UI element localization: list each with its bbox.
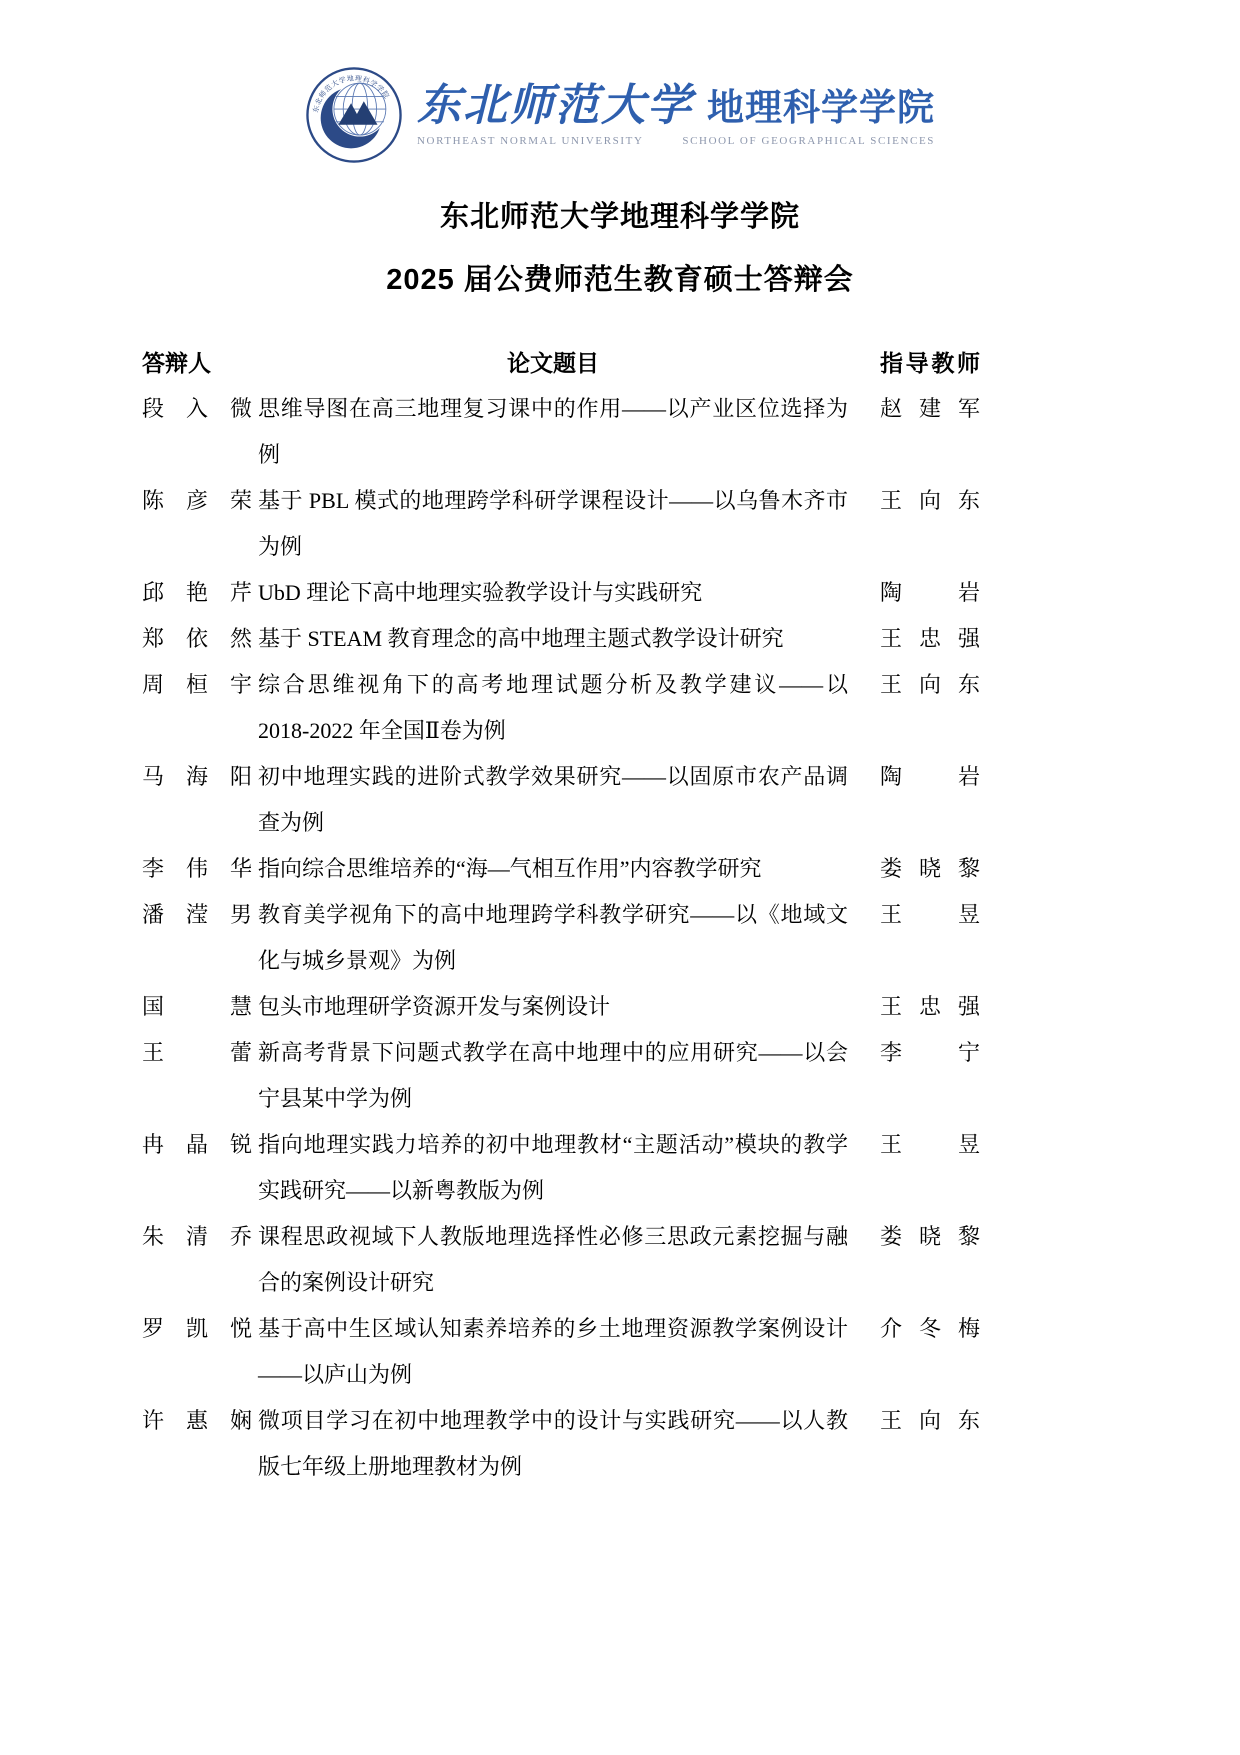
advisor-name: 陶 岩	[880, 570, 980, 616]
school-name-cn: 地理科学学院	[707, 89, 935, 126]
thesis-title: 教育美学视角下的高中地理跨学科教学研究—⁠—以《地域文化与城乡景观》为例	[258, 892, 848, 984]
table-row: 王 蕾 新高考背景下问题式教学在高中地理中的应用研究—⁠—以会宁县某中学为例 李…	[142, 1030, 1240, 1122]
advisor-name: 王 向 东	[880, 1398, 980, 1444]
advisor-name: 王 昱	[880, 892, 980, 938]
table-row: 朱 清 乔 课程思政视域下人教版地理选择性必修三思政元素挖掘与融合的案例设计研究…	[142, 1214, 1240, 1306]
letterhead: 东北师范大学地理科学学院 东北师范大学 地理科学学院 NORTHEAST NOR…	[0, 0, 1240, 164]
defender-name: 邱 艳 芹	[142, 570, 252, 616]
table-row: 潘 滢 男 教育美学视角下的高中地理跨学科教学研究—⁠—以《地域文化与城乡景观》…	[142, 892, 1240, 984]
defender-name: 周 桓 宇	[142, 662, 252, 708]
thesis-title: 基于 PBL 模式的地理跨学科研学课程设计—⁠—以乌鲁木齐市为例	[258, 478, 848, 570]
thesis-title: 指向地理实践力培养的初中地理教材“主题活动”模块的教学实践研究—⁠—以新粤教版为…	[258, 1122, 848, 1214]
defender-name: 王 蕾	[142, 1030, 252, 1076]
school-name-en: SCHOOL OF GEOGRAPHICAL SCIENCES	[682, 135, 935, 147]
thesis-title: 微项目学习在初中地理教学中的设计与实践研究—⁠—以人教版七年级上册地理教材为例	[258, 1398, 848, 1490]
table-row: 冉 晶 锐 指向地理实践力培养的初中地理教材“主题活动”模块的教学实践研究—⁠—…	[142, 1122, 1240, 1214]
thesis-title: 指向综合思维培养的“海—气相互作用”内容教学研究	[258, 846, 848, 892]
thesis-title: 基于 STEAM 教育理念的高中地理主题式教学设计研究	[258, 616, 848, 662]
defender-name: 朱 清 乔	[142, 1214, 252, 1260]
table-row: 马 海 阳 初中地理实践的进阶式教学效果研究—⁠—以固原市农产品调查为例 陶 岩	[142, 754, 1240, 846]
table-row: 罗 凯 悦 基于高中生区域认知素养培养的乡土地理资源教学案例设计—⁠—以庐山为例…	[142, 1306, 1240, 1398]
page-title: 东北师范大学地理科学学院	[0, 194, 1240, 235]
advisor-name: 王 向 东	[880, 662, 980, 708]
table-row: 许 惠 娴 微项目学习在初中地理教学中的设计与实践研究—⁠—以人教版七年级上册地…	[142, 1398, 1240, 1490]
thesis-title: 思维导图在高三地理复习课中的作用—⁠—以产业区位选择为例	[258, 386, 848, 478]
university-name-cn: 东北师范大学	[417, 84, 693, 128]
advisor-name: 王 昱	[880, 1122, 980, 1168]
letterhead-text: 东北师范大学 地理科学学院 NORTHEAST NORMAL UNIVERSIT…	[417, 84, 935, 147]
header-advisor: 指导教师	[880, 340, 980, 386]
thesis-title: 基于高中生区域认知素养培养的乡土地理资源教学案例设计—⁠—以庐山为例	[258, 1306, 848, 1398]
defender-name: 国 慧	[142, 984, 252, 1030]
advisor-name: 赵 建 军	[880, 386, 980, 432]
defender-name: 罗 凯 悦	[142, 1306, 252, 1352]
advisor-name: 陶 岩	[880, 754, 980, 800]
thesis-title: 综合思维视角下的高考地理试题分析及教学建议—⁠—以 2018‑2022 年全国Ⅱ…	[258, 662, 848, 754]
letterhead-cn: 东北师范大学 地理科学学院	[417, 84, 935, 128]
university-name-en: NORTHEAST NORMAL UNIVERSITY	[417, 135, 643, 147]
thesis-title: 课程思政视域下人教版地理选择性必修三思政元素挖掘与融合的案例设计研究	[258, 1214, 848, 1306]
table-row: 国 慧 包头市地理研学资源开发与案例设计 王 忠 强	[142, 984, 1240, 1030]
advisor-name: 王 向 东	[880, 478, 980, 524]
header-thesis-title: 论文题目	[258, 340, 848, 386]
defender-name: 陈 彦 荣	[142, 478, 252, 524]
advisor-name: 介 冬 梅	[880, 1306, 980, 1352]
table-row: 陈 彦 荣 基于 PBL 模式的地理跨学科研学课程设计—⁠—以乌鲁木齐市为例 王…	[142, 478, 1240, 570]
advisor-name: 娄 晓 黎	[880, 1214, 980, 1260]
table-row: 周 桓 宇 综合思维视角下的高考地理试题分析及教学建议—⁠—以 2018‑202…	[142, 662, 1240, 754]
university-seal-icon: 东北师范大学地理科学学院	[305, 66, 403, 164]
document-page: 东北师范大学地理科学学院 东北师范大学 地理科学学院 NORTHEAST NOR…	[0, 0, 1240, 1755]
advisor-name: 娄 晓 黎	[880, 846, 980, 892]
defender-name: 马 海 阳	[142, 754, 252, 800]
defender-name: 郑 依 然	[142, 616, 252, 662]
table-row: 李 伟 华 指向综合思维培养的“海—气相互作用”内容教学研究 娄 晓 黎	[142, 846, 1240, 892]
thesis-title: 新高考背景下问题式教学在高中地理中的应用研究—⁠—以会宁县某中学为例	[258, 1030, 848, 1122]
table-row: 邱 艳 芹 UbD 理论下高中地理实验教学设计与实践研究 陶 岩	[142, 570, 1240, 616]
advisor-name: 王 忠 强	[880, 616, 980, 662]
defense-table: 答辩人 论文题目 指导教师 段 入 微 思维导图在高三地理复习课中的作用—⁠—以…	[0, 340, 1240, 1490]
defender-name: 段 入 微	[142, 386, 252, 432]
thesis-title: 初中地理实践的进阶式教学效果研究—⁠—以固原市农产品调查为例	[258, 754, 848, 846]
defender-name: 李 伟 华	[142, 846, 252, 892]
defender-name: 许 惠 娴	[142, 1398, 252, 1444]
defender-name: 冉 晶 锐	[142, 1122, 252, 1168]
page-subtitle: 2025 届公费师范生教育硕士答辩会	[0, 257, 1240, 298]
table-row: 郑 依 然 基于 STEAM 教育理念的高中地理主题式教学设计研究 王 忠 强	[142, 616, 1240, 662]
advisor-name: 王 忠 强	[880, 984, 980, 1030]
letterhead-en: NORTHEAST NORMAL UNIVERSITY SCHOOL OF GE…	[417, 135, 935, 147]
advisor-name: 李 宁	[880, 1030, 980, 1076]
thesis-title: 包头市地理研学资源开发与案例设计	[258, 984, 848, 1030]
table-row: 段 入 微 思维导图在高三地理复习课中的作用—⁠—以产业区位选择为例 赵 建 军	[142, 386, 1240, 478]
table-header-row: 答辩人 论文题目 指导教师	[142, 340, 1240, 386]
header-defender: 答辩人	[142, 340, 252, 386]
thesis-title: UbD 理论下高中地理实验教学设计与实践研究	[258, 570, 848, 616]
defender-name: 潘 滢 男	[142, 892, 252, 938]
